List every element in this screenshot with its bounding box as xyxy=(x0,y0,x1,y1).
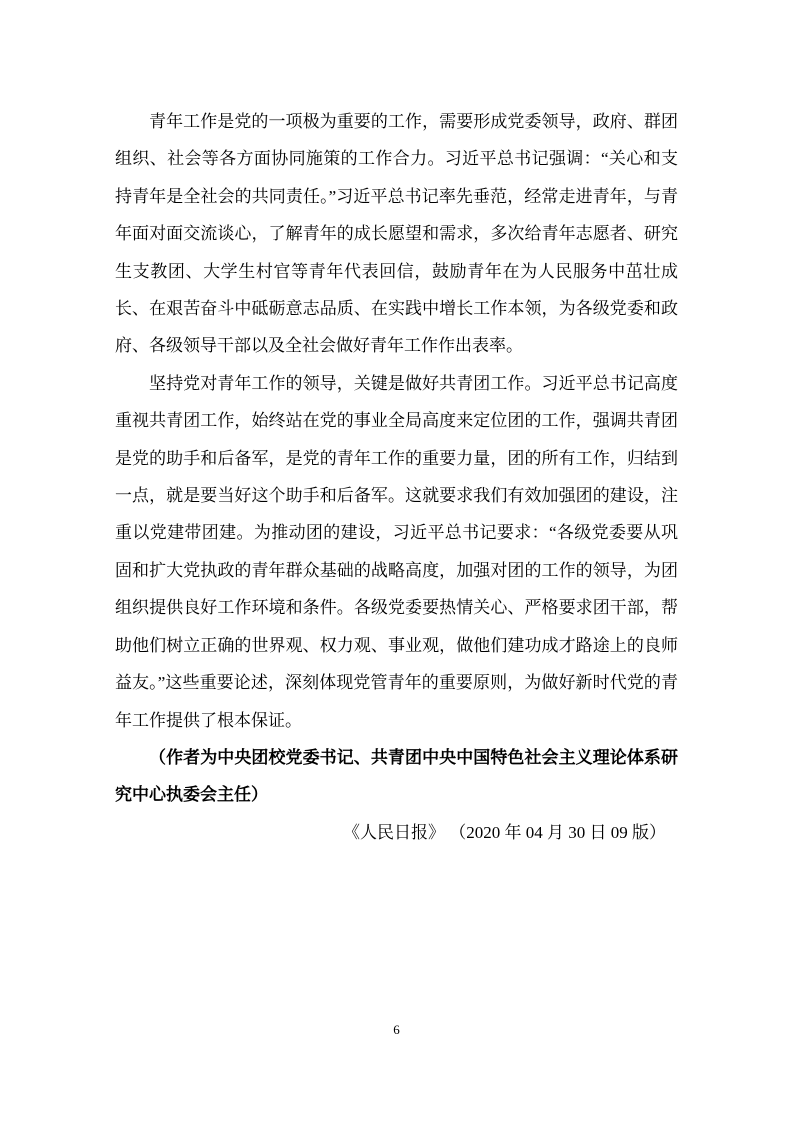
body-paragraph-1: 青年工作是党的一项极为重要的工作，需要形成党委领导，政府、群团组织、社会等各方面… xyxy=(115,103,678,365)
author-note: （作者为中央团校党委书记、共青团中央中国特色社会主义理论体系研究中心执委会主任） xyxy=(115,739,678,814)
document-page: 青年工作是党的一项极为重要的工作，需要形成党委领导，政府、群团组织、社会等各方面… xyxy=(0,0,793,1122)
page-number: 6 xyxy=(393,1022,400,1037)
source-citation: 《人民日报》 （2020 年 04 月 30 日 09 版） xyxy=(115,814,678,851)
document-content: 青年工作是党的一项极为重要的工作，需要形成党委领导，政府、群团组织、社会等各方面… xyxy=(115,103,678,851)
page-footer: 6 xyxy=(0,1020,793,1040)
body-paragraph-2: 坚持党对青年工作的领导，关键是做好共青团工作。习近平总书记高度重视共青团工作，始… xyxy=(115,365,678,739)
